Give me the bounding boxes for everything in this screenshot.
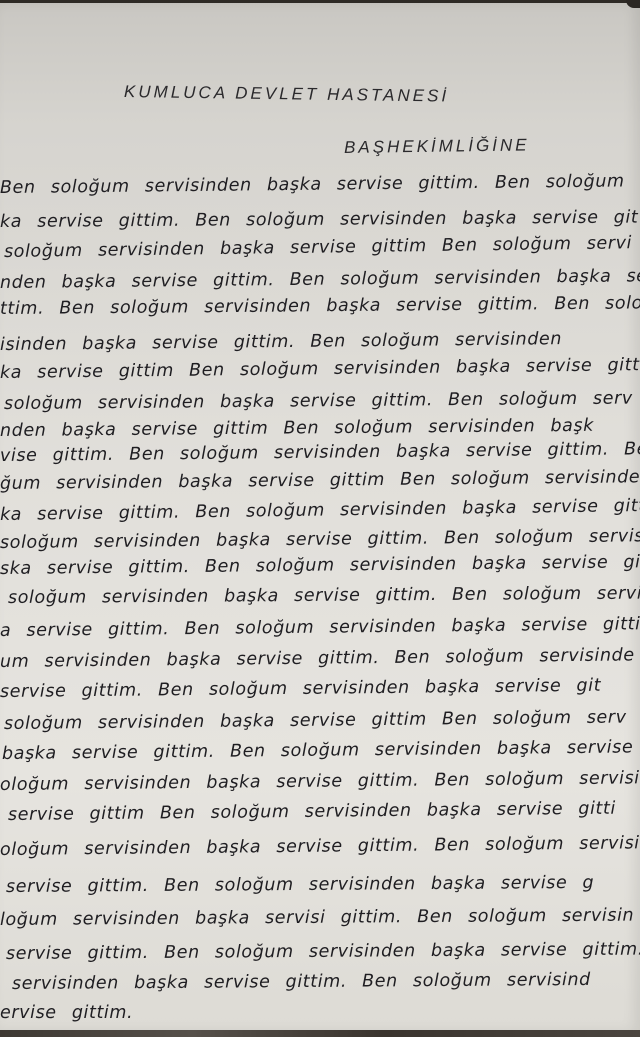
body-line: soloğum servisinden başka servise gittim…	[4, 389, 633, 414]
body-line: nden başka servise gittim. Ben soloğum s…	[0, 266, 640, 293]
body-line: um servisinden başka servise gittim. Ben…	[0, 645, 635, 672]
body-line: servise gittim. Ben soloğum servisinden …	[6, 940, 640, 964]
body-line: isinden başka servise gittim. Ben soloğu…	[0, 329, 562, 355]
body-line: oloğum servisinden başka servise gittim.…	[0, 768, 640, 795]
body-line: ka servise gittim. Ben soloğum servisind…	[0, 208, 638, 232]
body-line: oloğum servisinden başka servise gittim.…	[0, 833, 640, 860]
body-line: soloğum servisinden başka servise gittim…	[8, 583, 640, 608]
body-line: ka servise gittim. Ben soloğum servisind…	[0, 496, 640, 525]
body-line: soloğum servisinden başka servise gittim…	[0, 526, 640, 553]
addressee-institution: KUMLUCA DEVLET HASTANESİ	[124, 82, 449, 107]
body-line: servisinden başka servise gittim. Ben so…	[12, 970, 591, 994]
body-line: a servise gittim. Ben soloğum servisinde…	[0, 614, 640, 641]
document-photo: KUMLUCA DEVLET HASTANESİ BAŞHEKİMLİĞİNE …	[0, 0, 640, 1037]
body-line: soloğum servisinden başka servise gittim…	[4, 233, 632, 262]
body-line: servise gittim. Ben soloğum servisinden …	[0, 676, 601, 702]
body-line: Ben soloğum servisinden başka servise gi…	[0, 171, 640, 198]
body-line: servise gittim Ben soloğum servisinden b…	[8, 799, 616, 825]
photo-top-edge	[0, 0, 640, 3]
paper-sheet: KUMLUCA DEVLET HASTANESİ BAŞHEKİMLİĞİNE …	[0, 2, 640, 1032]
body-line: ervise gittim.	[0, 1003, 133, 1023]
body-line: vise gittim. Ben soloğum servisinden baş…	[0, 439, 640, 466]
body-line: soloğum servisinden başka servise gittim…	[4, 707, 627, 734]
body-line: ğum servisinden başka servise gittim Ben…	[0, 467, 640, 494]
body-line: ka servise gittim Ben soloğum servisinde…	[0, 355, 640, 383]
body-line: ska servise gittim. Ben soloğum servisin…	[0, 552, 640, 579]
body-line: servise gittim. Ben soloğum servisinden …	[6, 873, 594, 897]
table-surface	[0, 1030, 640, 1037]
addressee-department: BAŞHEKİMLİĞİNE	[344, 135, 530, 158]
body-line: loğum servisinden başka servisi gittim. …	[0, 906, 634, 930]
body-line: başka servise gittim. Ben soloğum servis…	[2, 737, 640, 764]
body-line: ttim. Ben soloğum servisinden başka serv…	[0, 293, 640, 319]
body-line: nden başka servise gittim Ben soloğum se…	[0, 416, 594, 441]
